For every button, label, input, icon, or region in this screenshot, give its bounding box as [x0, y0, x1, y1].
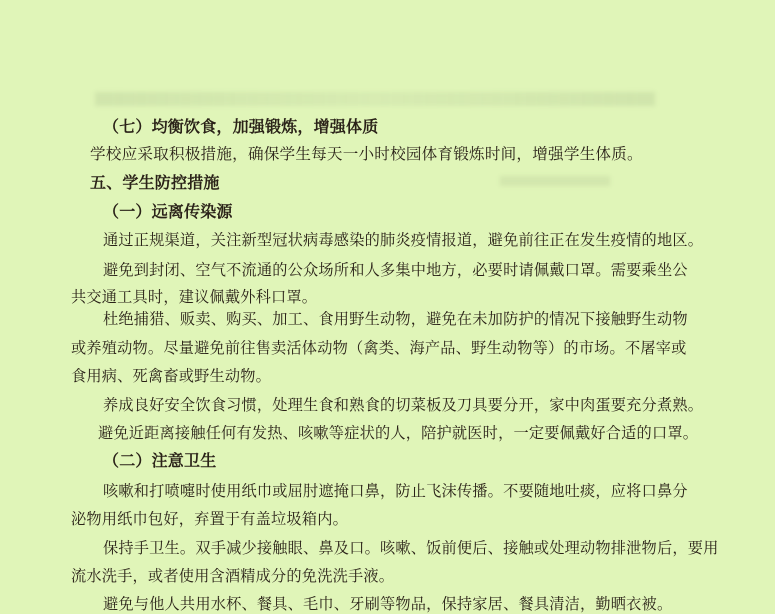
- paragraph: 杜绝捕猎、贩卖、购买、加工、食用野生动物，避免在未加防护的情况下接触野生动物: [103, 309, 688, 329]
- paragraph: 共交通工具时，建议佩戴外科口罩。: [71, 287, 317, 307]
- paragraph: 养成良好安全饮食习惯，处理生食和熟食的切菜板及刀具要分开，家中肉蛋要充分煮熟。: [103, 395, 703, 415]
- paragraph: 避免与他人共用水杯、餐具、毛巾、牙刷等物品，保持家居、餐具清洁，勤晒衣被。: [103, 594, 672, 614]
- paragraph: 避免近距离接触任何有发热、咳嗽等症状的人，陪护就医时，一定要佩戴好合适的口罩。: [98, 423, 698, 443]
- paragraph: 流水洗手，或者使用含酒精成分的免洗洗手液。: [71, 566, 394, 586]
- paragraph: 学校应采取积极措施，确保学生每天一小时校园体育锻炼时间，增强学生体质。: [90, 144, 643, 164]
- paragraph: 保持手卫生。双手减少接触眼、鼻及口。咳嗽、饭前便后、接触或处理动物排泄物后，要用: [103, 538, 719, 558]
- paragraph: 泌物用纸巾包好，弃置于有盖垃圾箱内。: [71, 509, 348, 529]
- paragraph: 避免到封闭、空气不流通的公众场所和人多集中地方，必要时请佩戴口罩。需要乘坐公: [103, 260, 688, 280]
- document-page: （七）均衡饮食，加强锻炼，增强体质 学校应采取积极措施，确保学生每天一小时校园体…: [0, 0, 775, 614]
- subsection-heading-1: （一）远离传染源: [103, 202, 233, 222]
- section-heading-7: （七）均衡饮食，加强锻炼，增强体质: [103, 117, 378, 137]
- section-heading-5: 五、学生防控措施: [90, 173, 220, 193]
- paragraph: 或养殖动物。尽量避免前往售卖活体动物（禽类、海产品、野生动物等）的市场。不屠宰或: [71, 338, 687, 358]
- subsection-heading-2: （二）注意卫生: [103, 451, 216, 471]
- paragraph: 咳嗽和打喷嚏时使用纸巾或屈肘遮掩口鼻，防止飞沫传播。不要随地吐痰，应将口鼻分: [103, 481, 688, 501]
- paragraph: 通过正规渠道，关注新型冠状病毒感染的肺炎疫情报道，避免前往正在发生疫情的地区。: [103, 230, 703, 250]
- paragraph: 食用病、死禽畜或野生动物。: [71, 366, 271, 386]
